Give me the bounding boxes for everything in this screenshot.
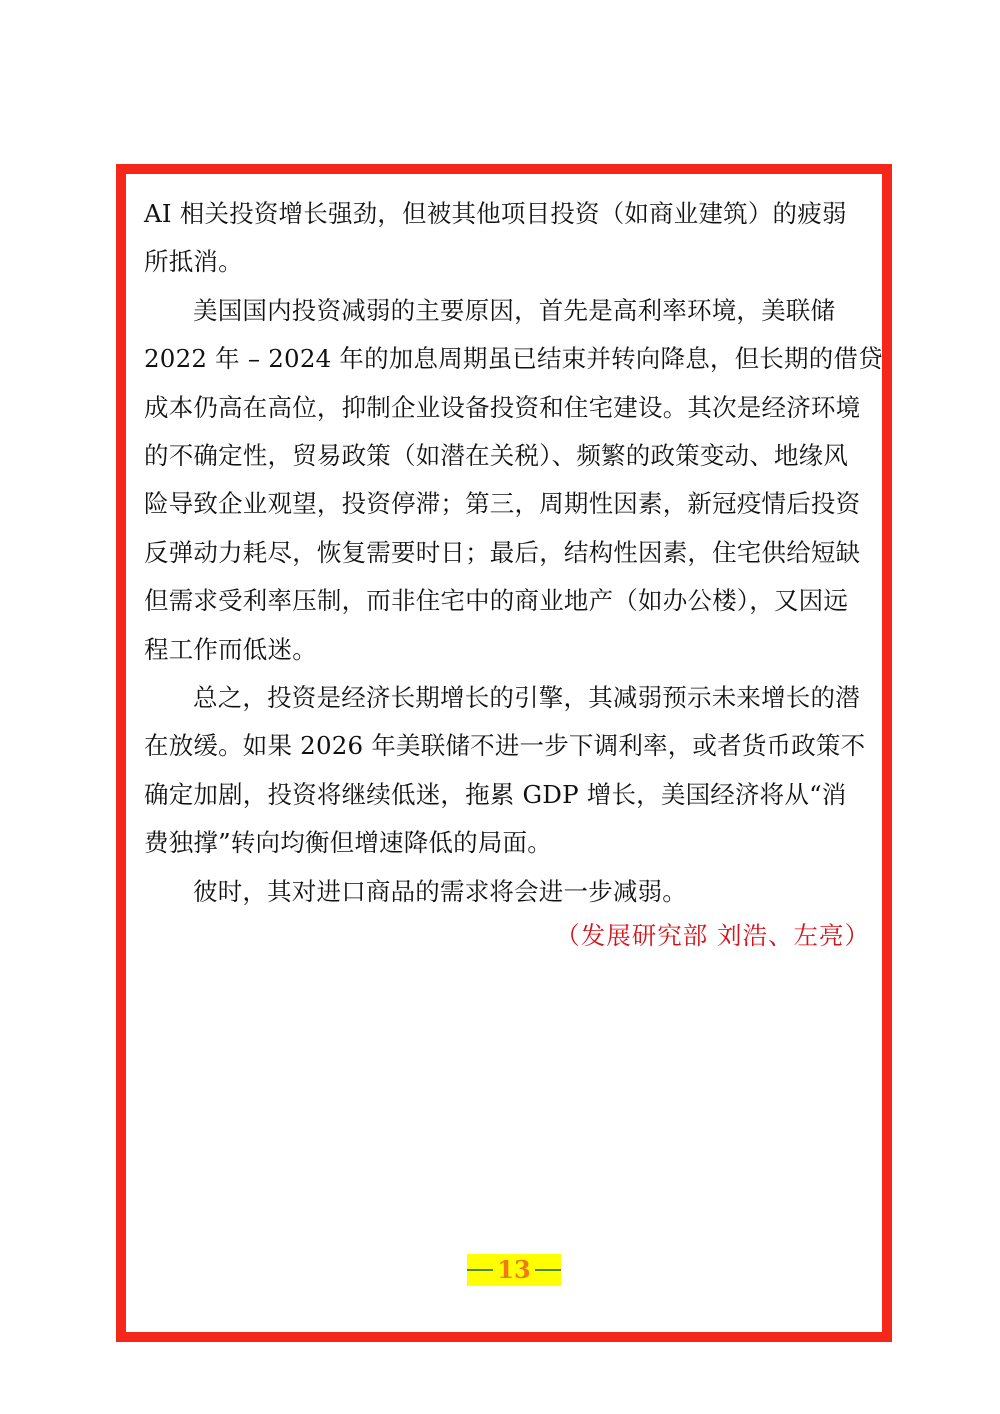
text-line: 美国国内投资减弱的主要原因，首先是高利率环境，美联储 (144, 287, 872, 335)
text-line: 彼时，其对进口商品的需求将会进一步减弱。 (144, 868, 872, 916)
text-line: 险导致企业观望，投资停滞；第三，周期性因素，新冠疫情后投资 (144, 480, 872, 528)
text-line: 但需求受利率压制，而非住宅中的商业地产（如办公楼），又因远 (144, 577, 872, 625)
page-number-badge: 13 (467, 1254, 561, 1286)
page-number: 13 (497, 1254, 530, 1286)
text-line: 成本仍高在高位，抑制企业设备投资和住宅建设。其次是经济环境 (144, 384, 872, 432)
left-dash-decoration (467, 1269, 493, 1271)
text-line: 在放缓。如果 2026 年美联储不进一步下调利率，或者货币政策不 (144, 722, 872, 770)
paragraph-3: 总之，投资是经济长期增长的引擎，其减弱预示未来增长的潜 在放缓。如果 2026 … (144, 674, 872, 868)
text-line: 程工作而低迷。 (144, 626, 872, 674)
text-line: 所抵消。 (144, 238, 872, 286)
paragraph-1: AI 相关投资增长强劲，但被其他项目投资（如商业建筑）的疲弱 所抵消。 (144, 190, 872, 287)
text-line: 反弹动力耗尽，恢复需要时日；最后，结构性因素，住宅供给短缺 (144, 529, 872, 577)
text-line: 的不确定性，贸易政策（如潜在关税）、频繁的政策变动、地缘风 (144, 432, 872, 480)
text-line: 费独撑”转向均衡但增速降低的局面。 (144, 819, 872, 867)
text-line: 确定加剧，投资将继续低迷，拖累 GDP 增长，美国经济将从“消 (144, 771, 872, 819)
text-line: 总之，投资是经济长期增长的引擎，其减弱预示未来增长的潜 (144, 674, 872, 722)
document-body: AI 相关投资增长强劲，但被其他项目投资（如商业建筑）的疲弱 所抵消。 美国国内… (144, 190, 872, 956)
text-line: AI 相关投资增长强劲，但被其他项目投资（如商业建筑）的疲弱 (144, 190, 872, 238)
text-line: 2022 年 – 2024 年的加息周期虽已结束并转向降息，但长期的借贷 (144, 335, 872, 383)
paragraph-4: 彼时，其对进口商品的需求将会进一步减弱。 (144, 868, 872, 916)
right-dash-decoration (535, 1269, 561, 1271)
author-signature: （发展研究部 刘浩、左亮） (144, 916, 872, 956)
page-border-frame: AI 相关投资增长强劲，但被其他项目投资（如商业建筑）的疲弱 所抵消。 美国国内… (116, 164, 892, 1342)
paragraph-2: 美国国内投资减弱的主要原因，首先是高利率环境，美联储 2022 年 – 2024… (144, 287, 872, 674)
